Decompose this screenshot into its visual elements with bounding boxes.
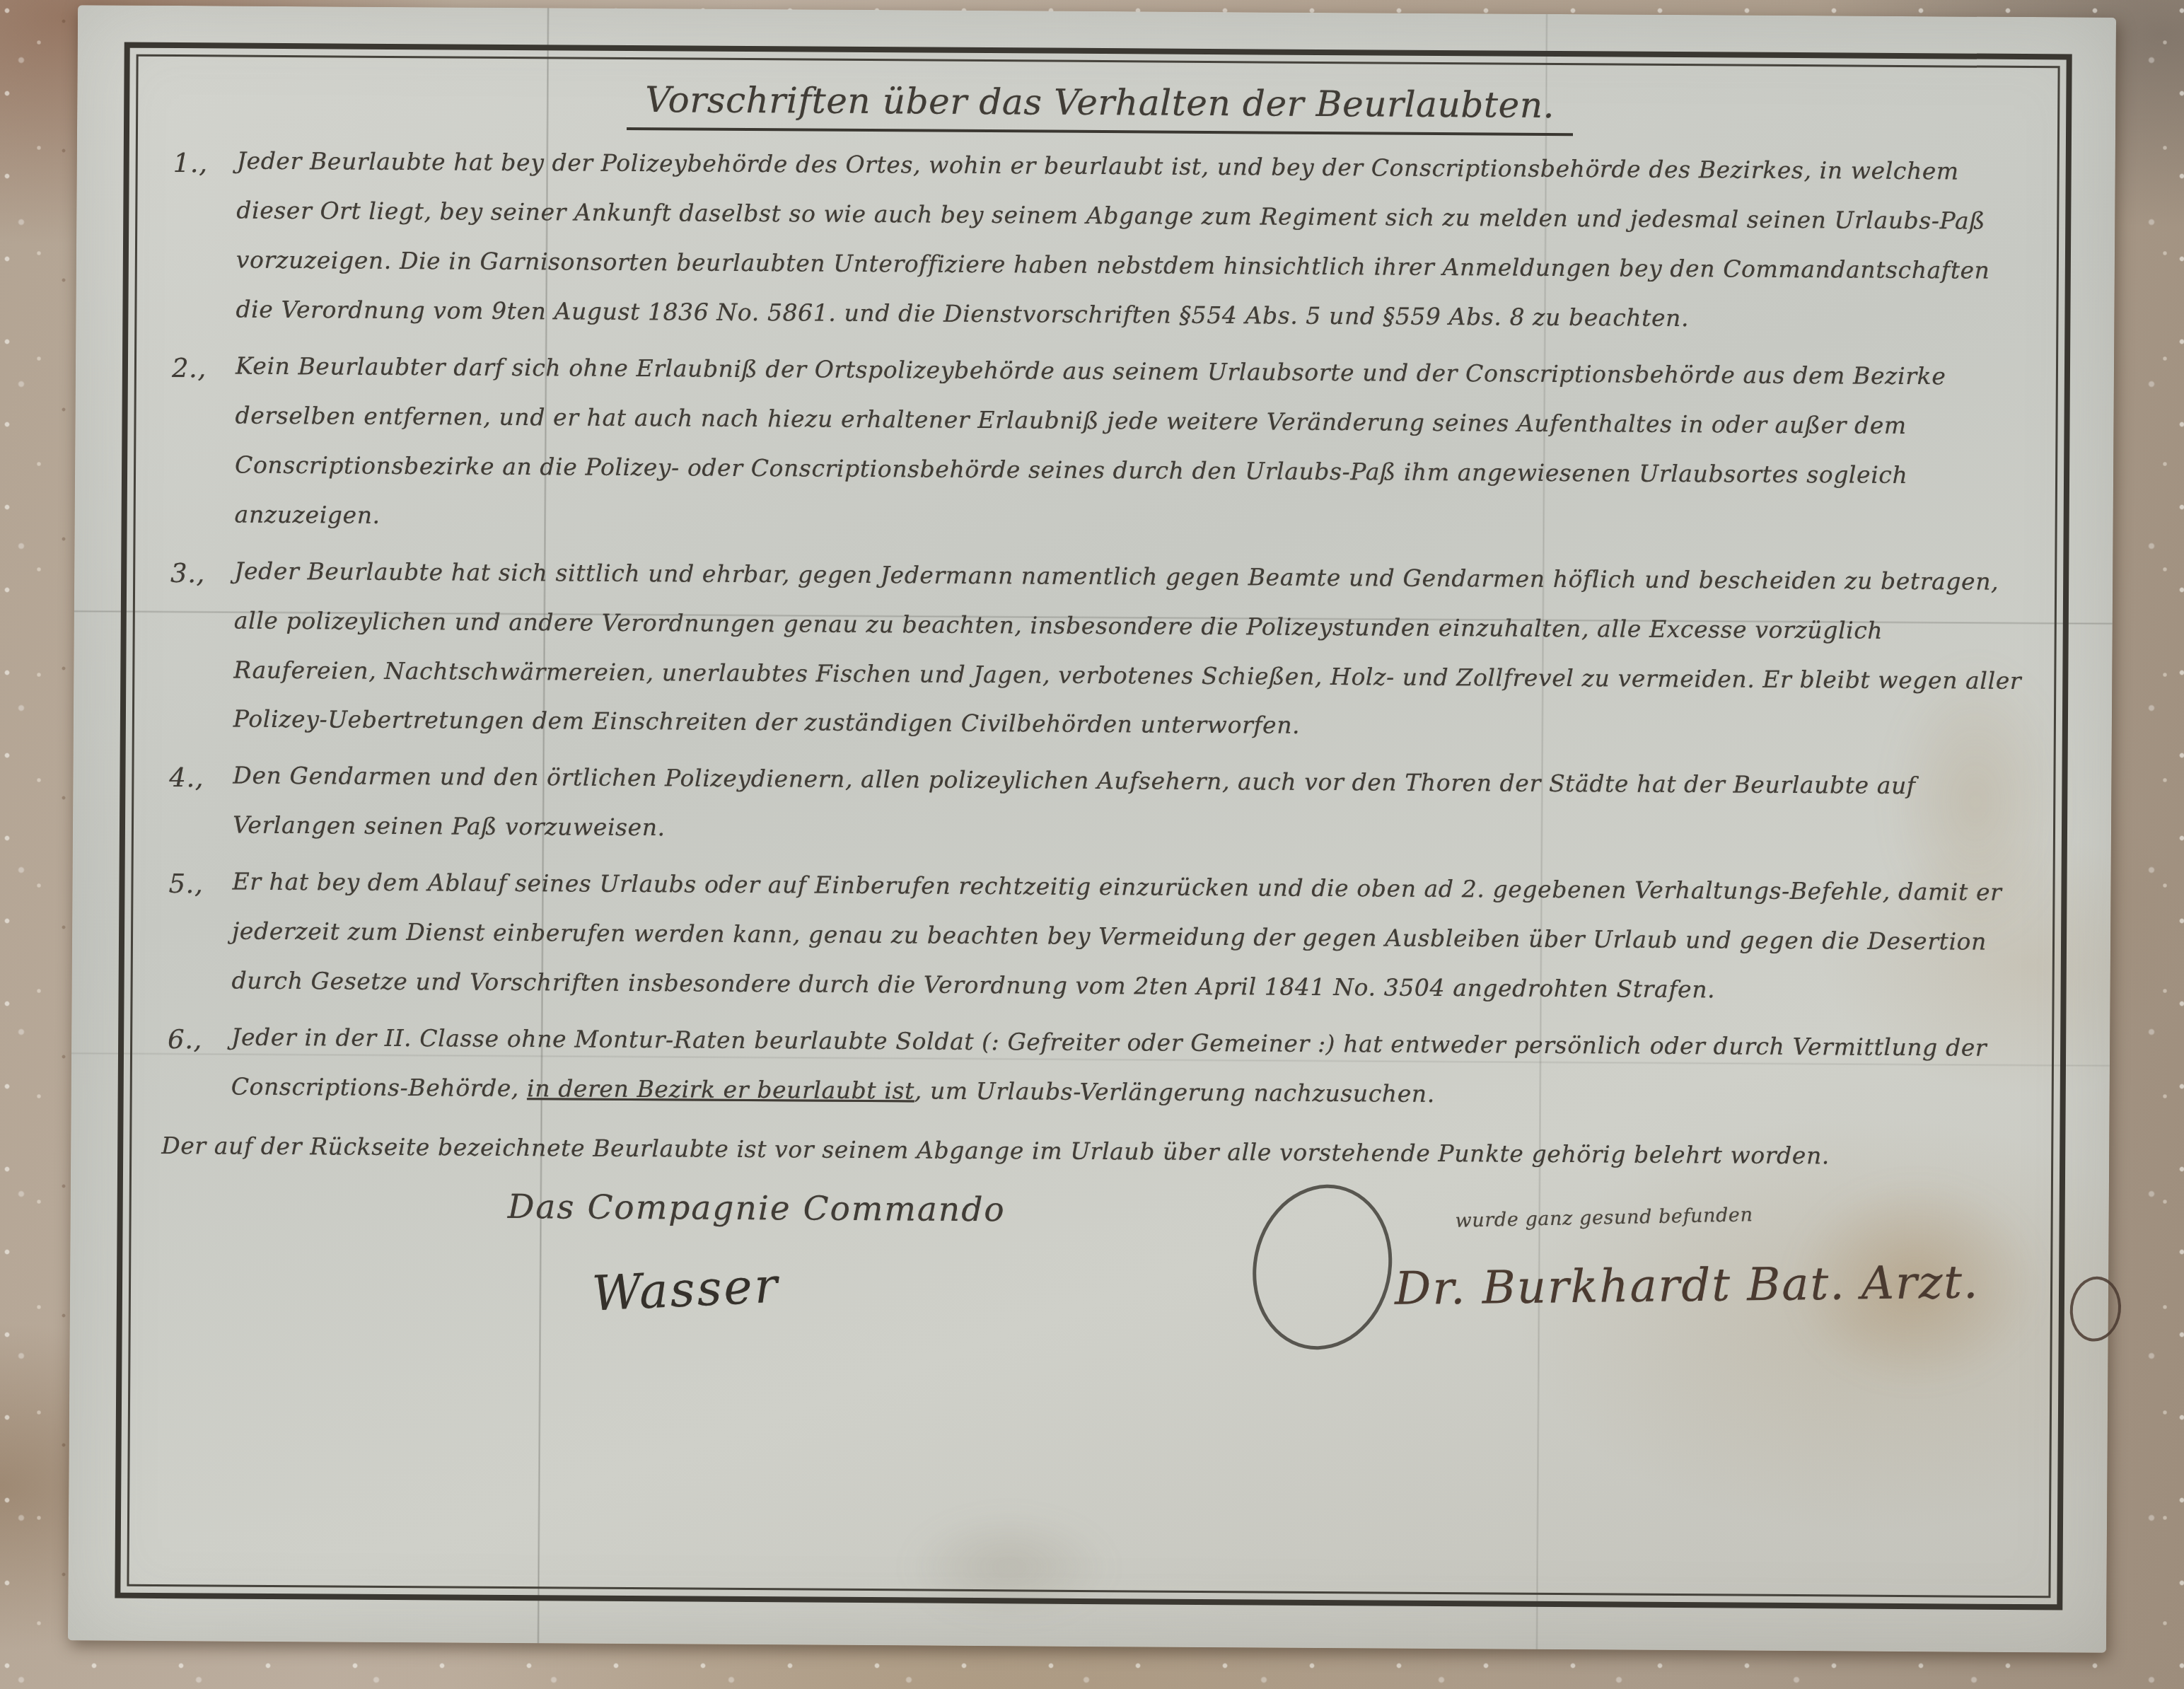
paragraph-2-text: Kein Beurlaubter darf sich ohne Erlaubni… bbox=[235, 352, 1946, 528]
paragraph-6: 6., Jeder in der II. Classe ohne Montur-… bbox=[162, 1012, 2027, 1122]
paragraph-2: 2., Kein Beurlaubter darf sich ohne Erla… bbox=[165, 341, 2031, 550]
company-command-label: Das Compagnie Commando bbox=[508, 1188, 1006, 1229]
paragraph-1-number: 1., bbox=[173, 136, 207, 192]
paragraph-4-number: 4., bbox=[169, 750, 204, 806]
paragraph-6-text-after: , um Urlaubs-Verlängerung nachzusuchen. bbox=[914, 1077, 1435, 1108]
battalion-doctor-signature: Dr. Burkhardt Bat. Arzt. bbox=[1395, 1257, 1980, 1316]
medical-note: wurde ganz gesund befunden bbox=[1455, 1205, 1753, 1232]
paper-sheet: Vorschriften über das Verhalten der Beur… bbox=[68, 5, 2116, 1653]
signature-flourish-oval bbox=[1237, 1171, 1407, 1363]
paragraph-1-text: Jeder Beurlaubte hat bey der Polizeybehö… bbox=[236, 147, 1990, 332]
paragraph-4: 4., Den Gendarmen und den örtlichen Poli… bbox=[163, 750, 2028, 861]
paragraph-3-number: 3., bbox=[170, 546, 205, 602]
paragraph-4-text: Den Gendarmen und den örtlichen Polizeyd… bbox=[233, 762, 1916, 842]
document-body: Vorschriften über das Verhalten der Beur… bbox=[158, 66, 2032, 1597]
paragraph-1: 1., Jeder Beurlaubte hat bey der Polizey… bbox=[166, 136, 2032, 345]
paragraph-5-number: 5., bbox=[168, 857, 203, 912]
company-commander-signature: Wasser bbox=[591, 1258, 780, 1323]
signature-zone: Das Compagnie Commando Wasser wurde ganz… bbox=[160, 1174, 2026, 1419]
paragraph-6-text-underlined: in deren Bezirk er beurlaubt ist bbox=[527, 1074, 914, 1104]
paragraph-5-text: Er hat bey dem Ablauf seines Urlaubs ode… bbox=[232, 868, 2002, 1004]
paragraph-6-number: 6., bbox=[168, 1012, 202, 1068]
title-row: Vorschriften über das Verhalten der Beur… bbox=[168, 76, 2032, 129]
paragraph-3: 3., Jeder Beurlaubte hat sich sittlich u… bbox=[164, 546, 2030, 755]
paragraph-2-number: 2., bbox=[172, 341, 207, 397]
document-title: Vorschriften über das Verhalten der Beur… bbox=[627, 79, 1573, 136]
closing-statement: Der auf der Rückseite bezeichnete Beurla… bbox=[161, 1121, 2026, 1181]
paragraph-5: 5., Er hat bey dem Ablauf seines Urlaubs… bbox=[162, 857, 2027, 1016]
paragraph-3-text: Jeder Beurlaubte hat sich sittlich und e… bbox=[233, 557, 2022, 739]
